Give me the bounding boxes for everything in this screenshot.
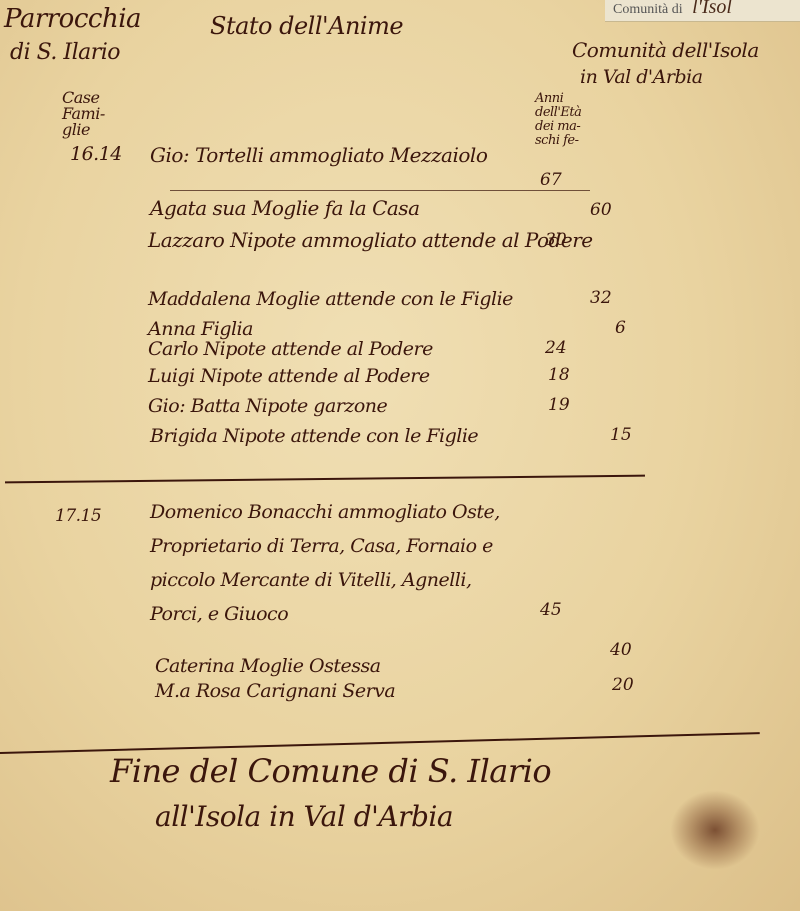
age-female: 6 bbox=[615, 318, 626, 338]
community-line-2: in Val d'Arbia bbox=[580, 66, 703, 88]
column-header-age: Anni dell'Età dei ma- schi fe- bbox=[535, 92, 581, 148]
member-name: Agata sua Moglie fa la Casa bbox=[150, 196, 420, 220]
household-divider bbox=[5, 475, 645, 484]
member-name: Caterina Moglie Ostessa bbox=[155, 655, 381, 677]
age-female: 32 bbox=[590, 288, 612, 308]
age-female: 20 bbox=[612, 675, 634, 695]
archive-stamp: Comunità di l'Isol bbox=[605, 0, 800, 22]
age-header-line: dei ma- bbox=[535, 120, 581, 134]
section-divider bbox=[0, 732, 760, 754]
stamp-printed: Comunità di bbox=[613, 2, 683, 17]
household-number: 17.15 bbox=[55, 506, 101, 526]
stamp-handwritten: l'Isol bbox=[692, 0, 732, 18]
age-header-line: dell'Età bbox=[535, 106, 581, 120]
member-name: Brigida Nipote attende con le Figlie bbox=[150, 425, 478, 447]
member-name: Gio: Batta Nipote garzone bbox=[148, 395, 387, 417]
member-name: Domenico Bonacchi ammogliato Oste, Propr… bbox=[150, 495, 510, 631]
age-female: 40 bbox=[610, 640, 632, 660]
dash-line bbox=[170, 190, 590, 191]
ink-stain bbox=[670, 790, 760, 870]
household-number: 16.14 bbox=[70, 143, 122, 165]
member-name: Carlo Nipote attende al Podere bbox=[148, 338, 433, 360]
age-male: 67 bbox=[540, 170, 562, 190]
member-name: M.a Rosa Carignani Serva bbox=[155, 680, 395, 702]
age-male: 18 bbox=[548, 365, 570, 385]
age-male: 19 bbox=[548, 395, 570, 415]
member-name: Luigi Nipote attende al Podere bbox=[148, 365, 430, 387]
parish-line-1: Parrocchia bbox=[4, 4, 141, 34]
member-name: Gio: Tortelli ammogliato Mezzaiolo bbox=[150, 143, 487, 167]
member-name: Lazzaro Nipote ammogliato attende al Pod… bbox=[148, 228, 593, 252]
member-name: Maddalena Moglie attende con le Figlie bbox=[148, 288, 513, 310]
column-header-house-family: Case Fami-glie bbox=[62, 90, 122, 138]
member-name: Anna Figlia bbox=[148, 318, 253, 340]
age-female: 15 bbox=[610, 425, 632, 445]
age-male: 24 bbox=[545, 338, 567, 358]
age-header-line: schi fe- bbox=[535, 134, 581, 148]
age-male: 30 bbox=[545, 230, 567, 250]
footer-line-1: Fine del Comune di S. Ilario bbox=[110, 752, 551, 790]
age-male: 45 bbox=[540, 600, 562, 620]
page-title: Stato dell'Anime bbox=[210, 12, 403, 40]
age-female: 60 bbox=[590, 200, 612, 220]
footer-line-2: all'Isola in Val d'Arbia bbox=[155, 800, 453, 833]
community-line-1: Comunità dell'Isola bbox=[572, 38, 759, 62]
parish-line-2: di S. Ilario bbox=[10, 40, 120, 65]
age-header-line: Anni bbox=[535, 92, 581, 106]
